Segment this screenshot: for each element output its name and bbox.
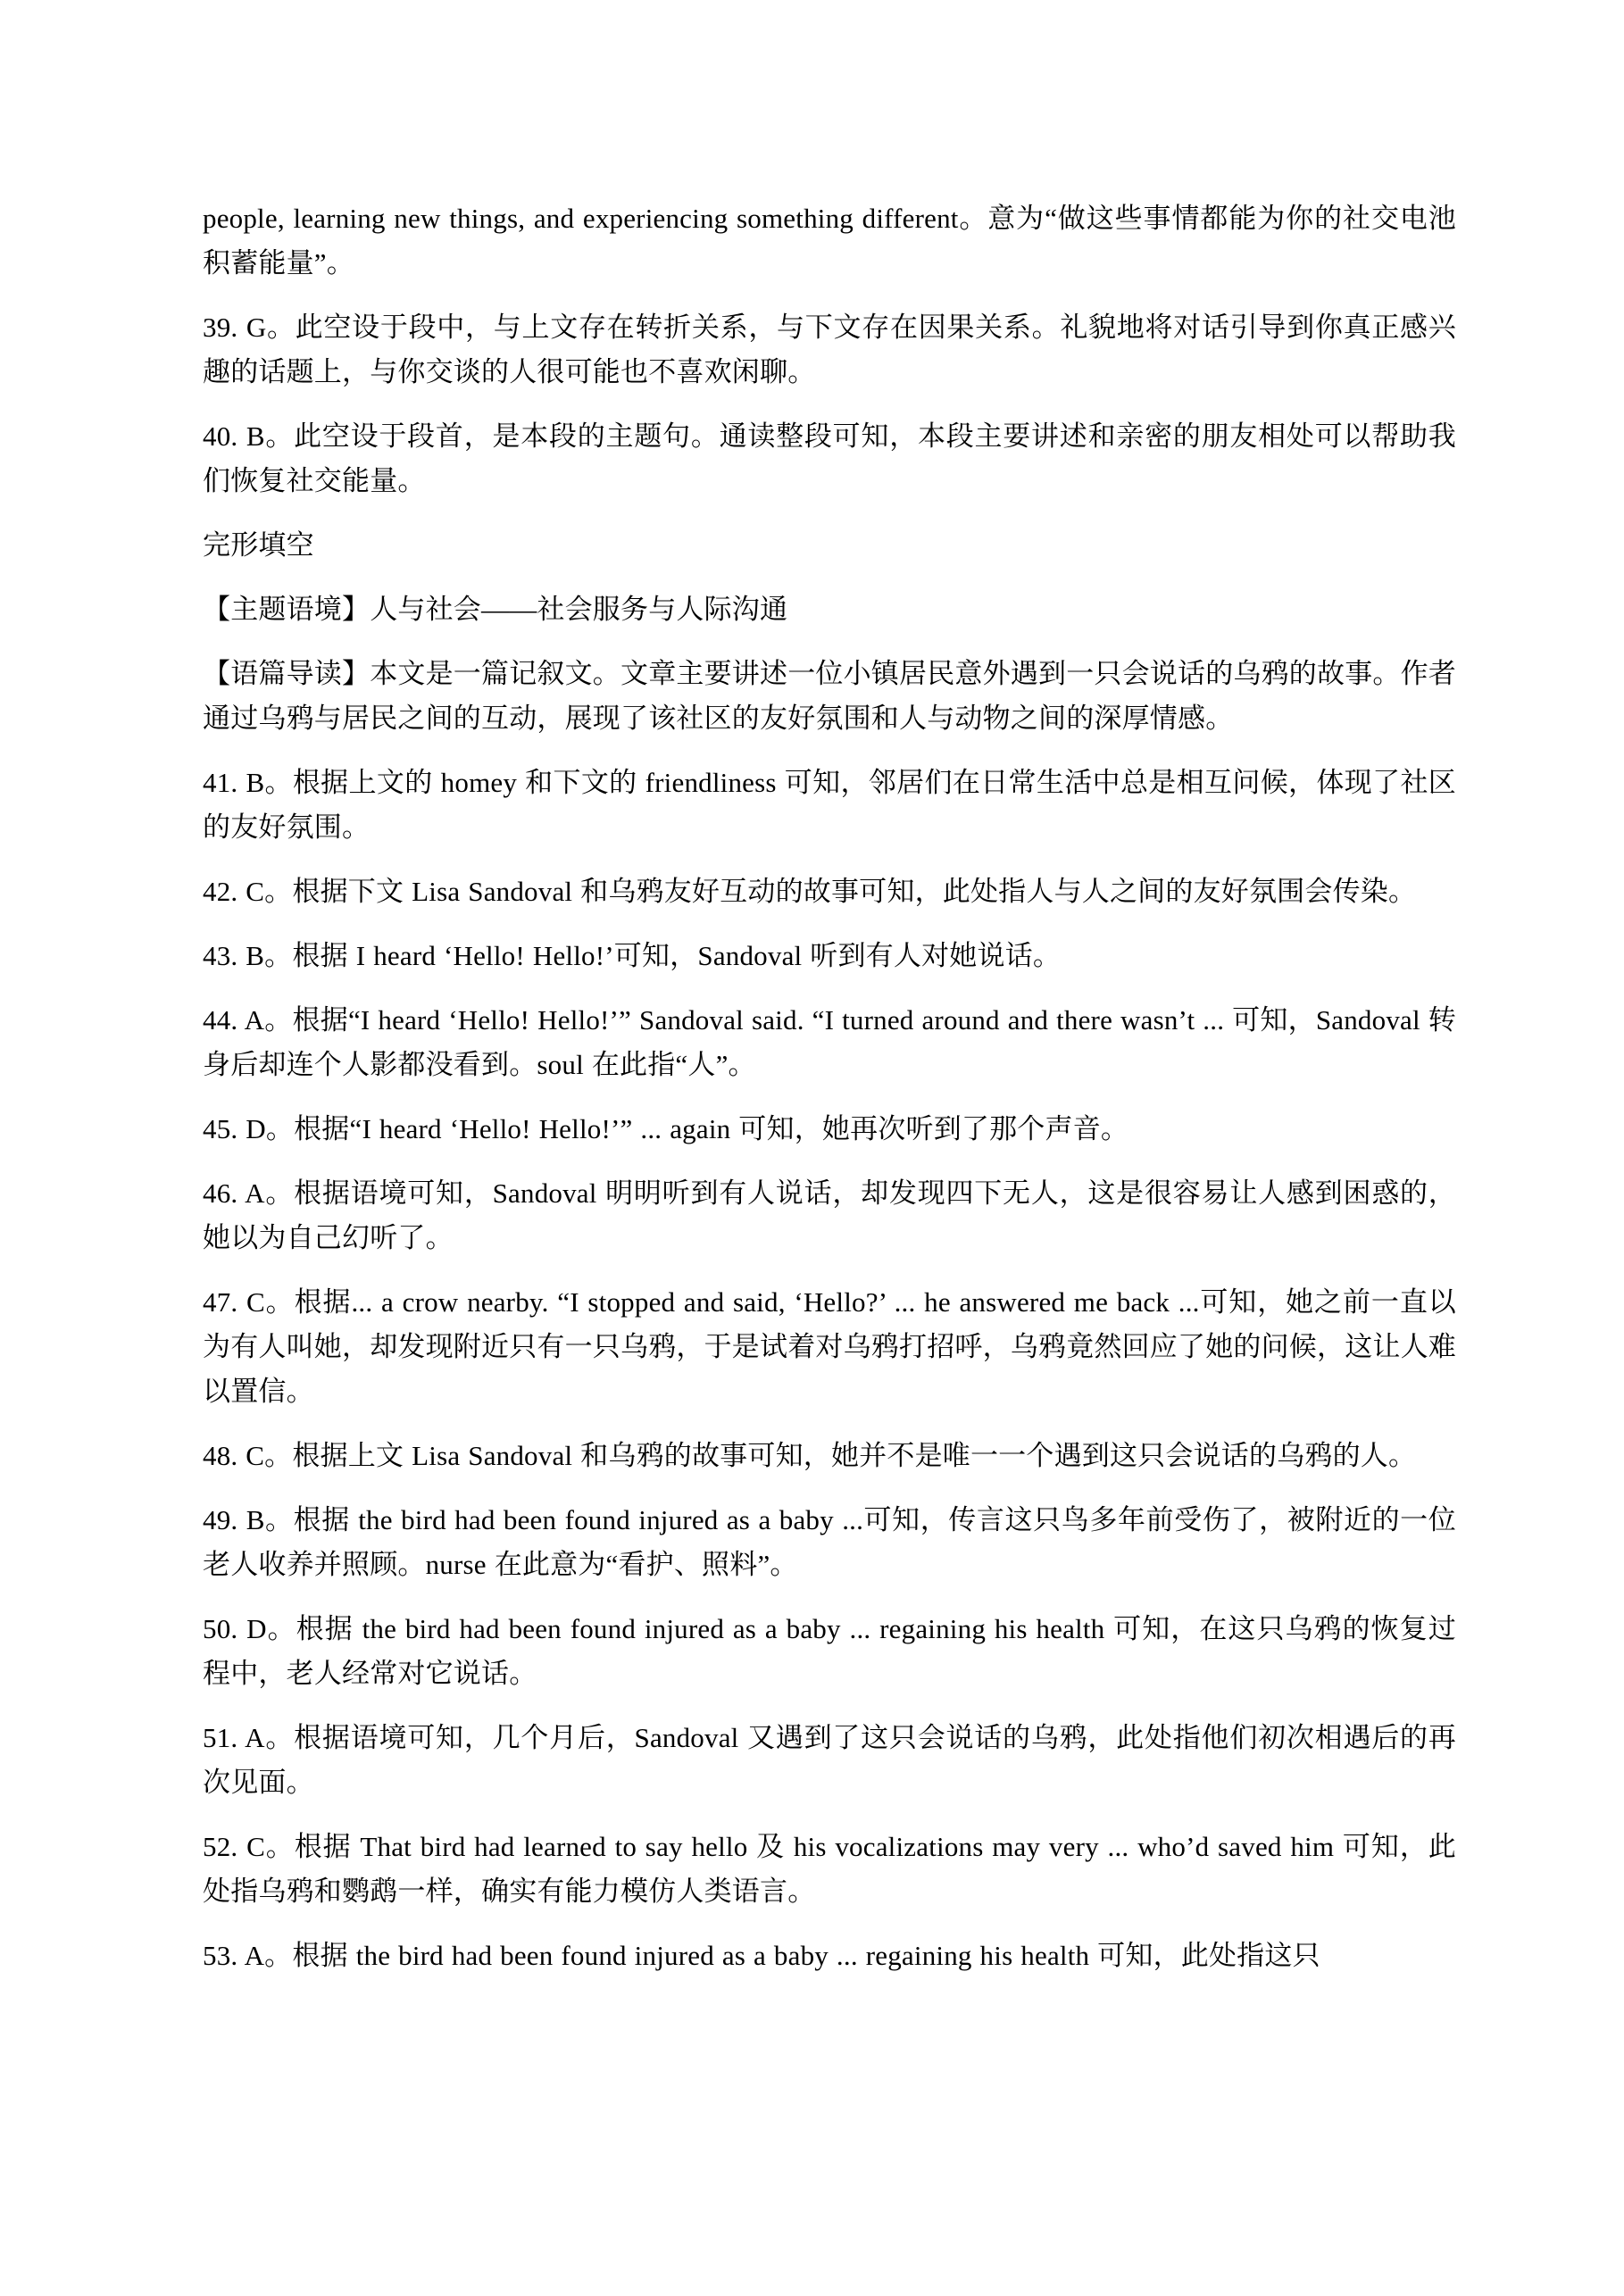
answer-explanation-50: 50. D。根据 the bird had been found injured…: [203, 1607, 1456, 1696]
answer-explanation-47: 47. C。根据... a crow nearby. “I stopped an…: [203, 1280, 1456, 1414]
answer-explanation-39: 39. G。此空设于段中，与上文存在转折关系，与下文存在因果关系。礼貌地将对话引…: [203, 305, 1456, 395]
answer-explanation-53: 53. A。根据 the bird had been found injured…: [203, 1934, 1456, 1978]
answer-explanation-45: 45. D。根据“I heard ‘Hello! Hello!’” ... ag…: [203, 1107, 1456, 1152]
passage-guide-paragraph: 【语篇导读】本文是一篇记叙文。文章主要讲述一位小镇居民意外遇到一只会说话的乌鸦的…: [203, 652, 1456, 741]
answer-explanation-51: 51. A。根据语境可知，几个月后，Sandoval 又遇到了这只会说话的乌鸦，…: [203, 1716, 1456, 1805]
answer-explanation-46: 46. A。根据语境可知，Sandoval 明明听到有人说话，却发现四下无人，这…: [203, 1171, 1456, 1260]
document-content: people, learning new things, and experie…: [203, 196, 1456, 1998]
section-heading-cloze: 完形填空: [203, 523, 1456, 568]
answer-explanation-49: 49. B。根据 the bird had been found injured…: [203, 1498, 1456, 1587]
answer-explanation-41: 41. B。根据上文的 homey 和下文的 friendliness 可知，邻…: [203, 761, 1456, 850]
paragraph-continuation: people, learning new things, and experie…: [203, 196, 1456, 286]
answer-explanation-40: 40. B。此空设于段首，是本段的主题句。通读整段可知，本段主要讲述和亲密的朋友…: [203, 414, 1456, 503]
answer-explanation-48: 48. C。根据上文 Lisa Sandoval 和乌鸦的故事可知，她并不是唯一…: [203, 1434, 1456, 1478]
answer-explanation-43: 43. B。根据 I heard ‘Hello! Hello!’可知，Sando…: [203, 934, 1456, 978]
answer-explanation-44: 44. A。根据“I heard ‘Hello! Hello!’” Sandov…: [203, 998, 1456, 1087]
answer-explanation-42: 42. C。根据下文 Lisa Sandoval 和乌鸦友好互动的故事可知，此处…: [203, 869, 1456, 914]
theme-context-line: 【主题语境】人与社会——社会服务与人际沟通: [203, 587, 1456, 632]
answer-explanation-52: 52. C。根据 That bird had learned to say he…: [203, 1825, 1456, 1914]
document-page: people, learning new things, and experie…: [0, 0, 1624, 2296]
